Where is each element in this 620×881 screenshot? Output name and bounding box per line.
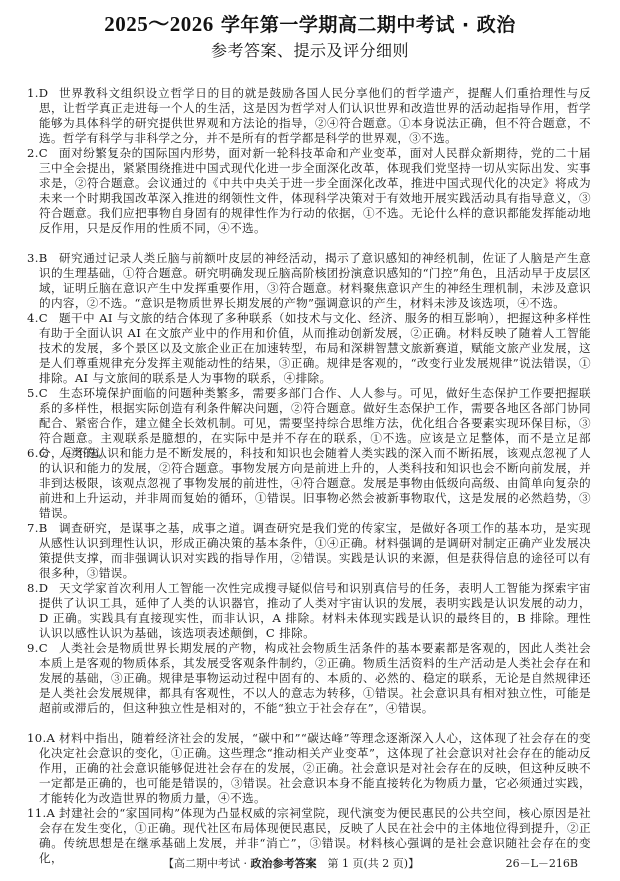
answer-item-8: 8.D 天文学家首次利用人工智能一次性完成搜寻疑似信号和识别真信号的任务，表明人… [27, 581, 591, 641]
answer-number: 3.B [27, 251, 48, 266]
page-subtitle: 参考答案、提示及评分细则 [0, 40, 620, 62]
answer-list: 1.D 世界教科文组织设立哲学日的目的就是鼓励各国人民分享他们的哲学遗产，提醒人… [27, 86, 591, 851]
page-footer: 【高二期中考试 · 政治参考答案 第 1 页(共 2 页)】 26－L－216B [0, 856, 620, 872]
answer-item-6: 6.C 人类的认识和能力是不断发展的，科技和知识也会随着人类实践的深入而不断拓展… [27, 446, 591, 521]
answer-explanation: 研究通过记录人类丘脑与前额叶皮层的神经活动，揭示了意识感知的神经机制，佐证了人脑… [39, 251, 591, 311]
answer-number: 7.B [27, 521, 48, 536]
answer-explanation: 调查研究，是谋事之基，成事之道。调查研究是我们党的传家宝，是做好各项工作的基本功… [39, 521, 591, 581]
answer-item-1: 1.D 世界教科文组织设立哲学日的目的就是鼓励各国人民分享他们的哲学遗产，提醒人… [27, 86, 591, 146]
answer-number: 5.C [27, 386, 48, 401]
footer-subject: 政治参考答案 [251, 857, 317, 870]
answer-item-7: 7.B 调查研究，是谋事之基，成事之道。调查研究是我们党的传家宝，是做好各项工作… [27, 521, 591, 581]
answer-explanation: 材料中指出，随着经济社会的发展，“碳中和”“碳达峰”等理念逐渐深入人心，这体现了… [39, 731, 591, 806]
footer-page-info: 【高二期中考试 · 政治参考答案 第 1 页(共 2 页)】 [163, 856, 419, 872]
answer-number: 10.A [27, 731, 55, 746]
answer-explanation: 题干中 AI 与文旅的结合体现了多种联系（如技术与文化、经济、服务的相互影响），… [39, 311, 591, 386]
answer-item-11: 11.A 封建社会的“家国同构”体现为凸显权威的宗祠堂院，现代演变为便民惠民的公… [27, 806, 591, 851]
title-year: 2025～2026 [104, 12, 214, 36]
footer-doc-code: 26－L－216B [506, 856, 578, 872]
answer-number: 4.C [27, 311, 48, 326]
footer-page-number: 第 1 页(共 2 页)】 [317, 857, 420, 870]
answer-number: 9.C [27, 641, 48, 656]
answer-item-3: 3.B 研究通过记录人类丘脑与前额叶皮层的神经活动，揭示了意识感知的神经机制，佐… [27, 251, 591, 311]
answer-item-9: 9.C 人类社会是物质世界长期发展的产物，构成社会物质生活条件的基本要素都是客观… [27, 641, 591, 731]
answer-explanation: 人类社会是物质世界长期发展的产物，构成社会物质生活条件的基本要素都是客观的，因此… [39, 641, 591, 716]
answer-explanation: 人类的认识和能力是不断发展的，科技和知识也会随着人类实践的深入而不断拓展，该观点… [39, 446, 591, 521]
answer-item-4: 4.C 题干中 AI 与文旅的结合体现了多种联系（如技术与文化、经济、服务的相互… [27, 311, 591, 386]
answer-explanation: 天文学家首次利用人工智能一次性完成搜寻疑似信号和识别真信号的任务，表明人工智能为… [39, 581, 591, 641]
answer-explanation: 世界教科文组织设立哲学日的目的就是鼓励各国人民分享他们的哲学遗产，提醒人们重拾理… [39, 86, 591, 146]
answer-number: 11.A [27, 806, 55, 821]
footer-exam-name: 【高二期中考试 · [163, 857, 251, 870]
answer-number: 8.D [27, 581, 48, 596]
page-title: 2025～2026 学年第一学期高二期中考试 · 政治 [0, 12, 620, 37]
answer-number: 2.C [27, 146, 48, 161]
answer-number: 1.D [27, 86, 48, 101]
answer-item-2: 2.C 面对纷繁复杂的国际国内形势，面对新一轮科技革命和产业变革，面对人民群众新… [27, 146, 591, 251]
answer-item-10: 10.A 材料中指出，随着经济社会的发展，“碳中和”“碳达峰”等理念逐渐深入人心… [27, 731, 591, 806]
answer-number: 6.C [27, 446, 48, 461]
title-text: 学年第一学期高二期中考试 · 政治 [214, 14, 516, 36]
answer-explanation: 面对纷繁复杂的国际国内形势，面对新一轮科技革命和产业变革，面对人民群众新期待，党… [39, 146, 591, 236]
answer-item-5: 5.C 生态环境保护面临的问题种类繁多，需要多部门合作、人人参与。可见，做好生态… [27, 386, 591, 446]
